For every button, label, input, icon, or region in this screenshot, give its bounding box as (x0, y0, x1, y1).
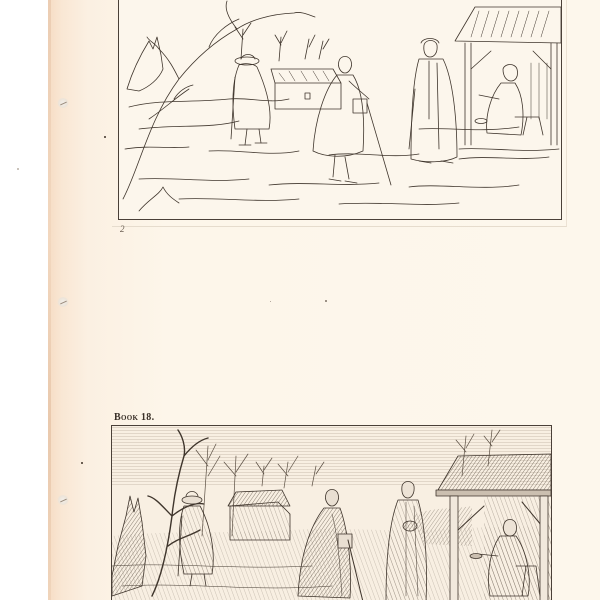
ink-speck (17, 168, 19, 170)
plate-number: 2 (120, 224, 125, 234)
ink-speck (104, 136, 106, 138)
page-edge (48, 0, 51, 600)
ink-speck (325, 300, 327, 302)
binding-hole (57, 495, 69, 505)
top-engraving (118, 0, 562, 220)
bottom-engraving (111, 425, 552, 600)
ink-speck (270, 301, 271, 302)
plate-caption: Book 18. (114, 412, 154, 423)
ink-speck (81, 462, 83, 464)
binding-hole (57, 98, 69, 108)
binding-hole (57, 297, 69, 307)
